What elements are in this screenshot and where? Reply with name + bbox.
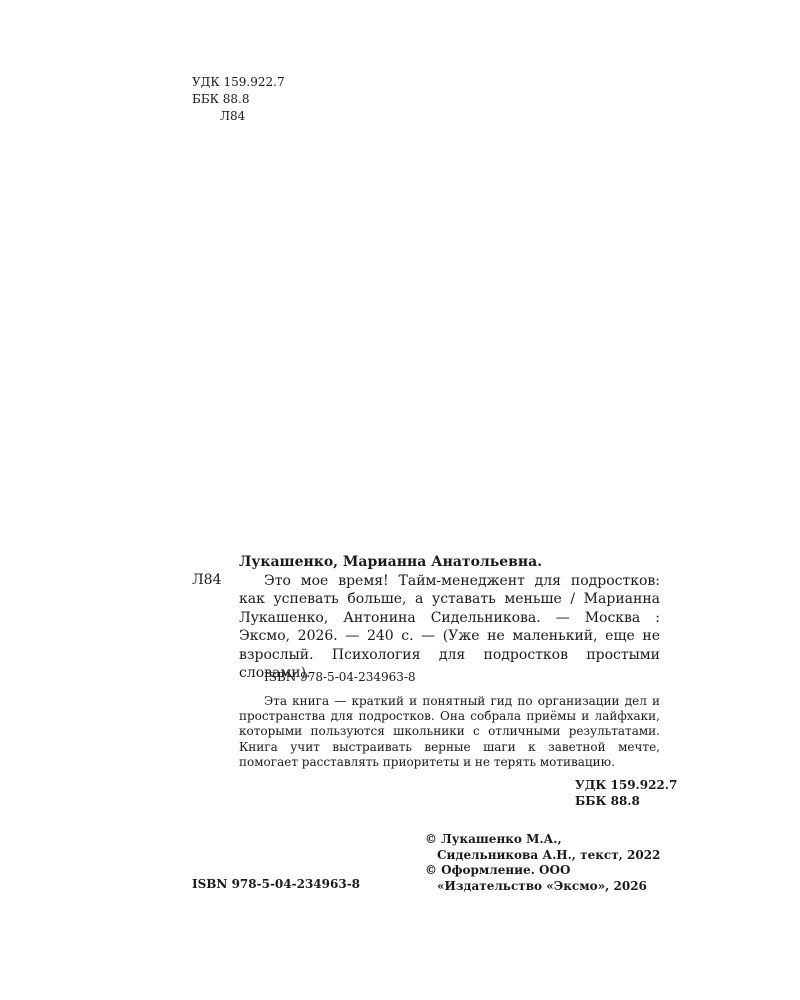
top-classification-block: УДК 159.922.7 ББК 88.8 Л84 [192,74,285,125]
entry-description: Это мое время! Тайм-менеджент для подрос… [239,572,660,683]
copyright-block: © Лукашенко М.А., Сидельникова А.Н., тек… [425,832,665,894]
entry-author: Лукашенко, Марианна Анатольевна. [239,553,660,572]
bibliographic-entry: Лукашенко, Марианна Анатольевна. Это мое… [239,553,660,683]
isbn-bottom: ISBN 978-5-04-234963-8 [192,876,360,892]
bottom-classification-block: УДК 159.922.7 ББК 88.8 [575,778,677,809]
bbk-code: ББК 88.8 [192,91,285,108]
copyright-design: © Оформление. ООО «Издательство «Эксмо»,… [425,863,665,894]
udk-code: УДК 159.922.7 [192,74,285,91]
udk-code-bottom: УДК 159.922.7 [575,778,677,794]
annotation-text: Эта книга — краткий и понятный гид по ор… [239,694,660,770]
entry-author-mark: Л84 [192,571,222,590]
bbk-code-bottom: ББК 88.8 [575,794,677,810]
entry-isbn: ISBN 978-5-04-234963-8 [264,669,416,685]
copyright-text: © Лукашенко М.А., Сидельникова А.Н., тек… [425,832,665,863]
author-mark: Л84 [192,108,285,125]
